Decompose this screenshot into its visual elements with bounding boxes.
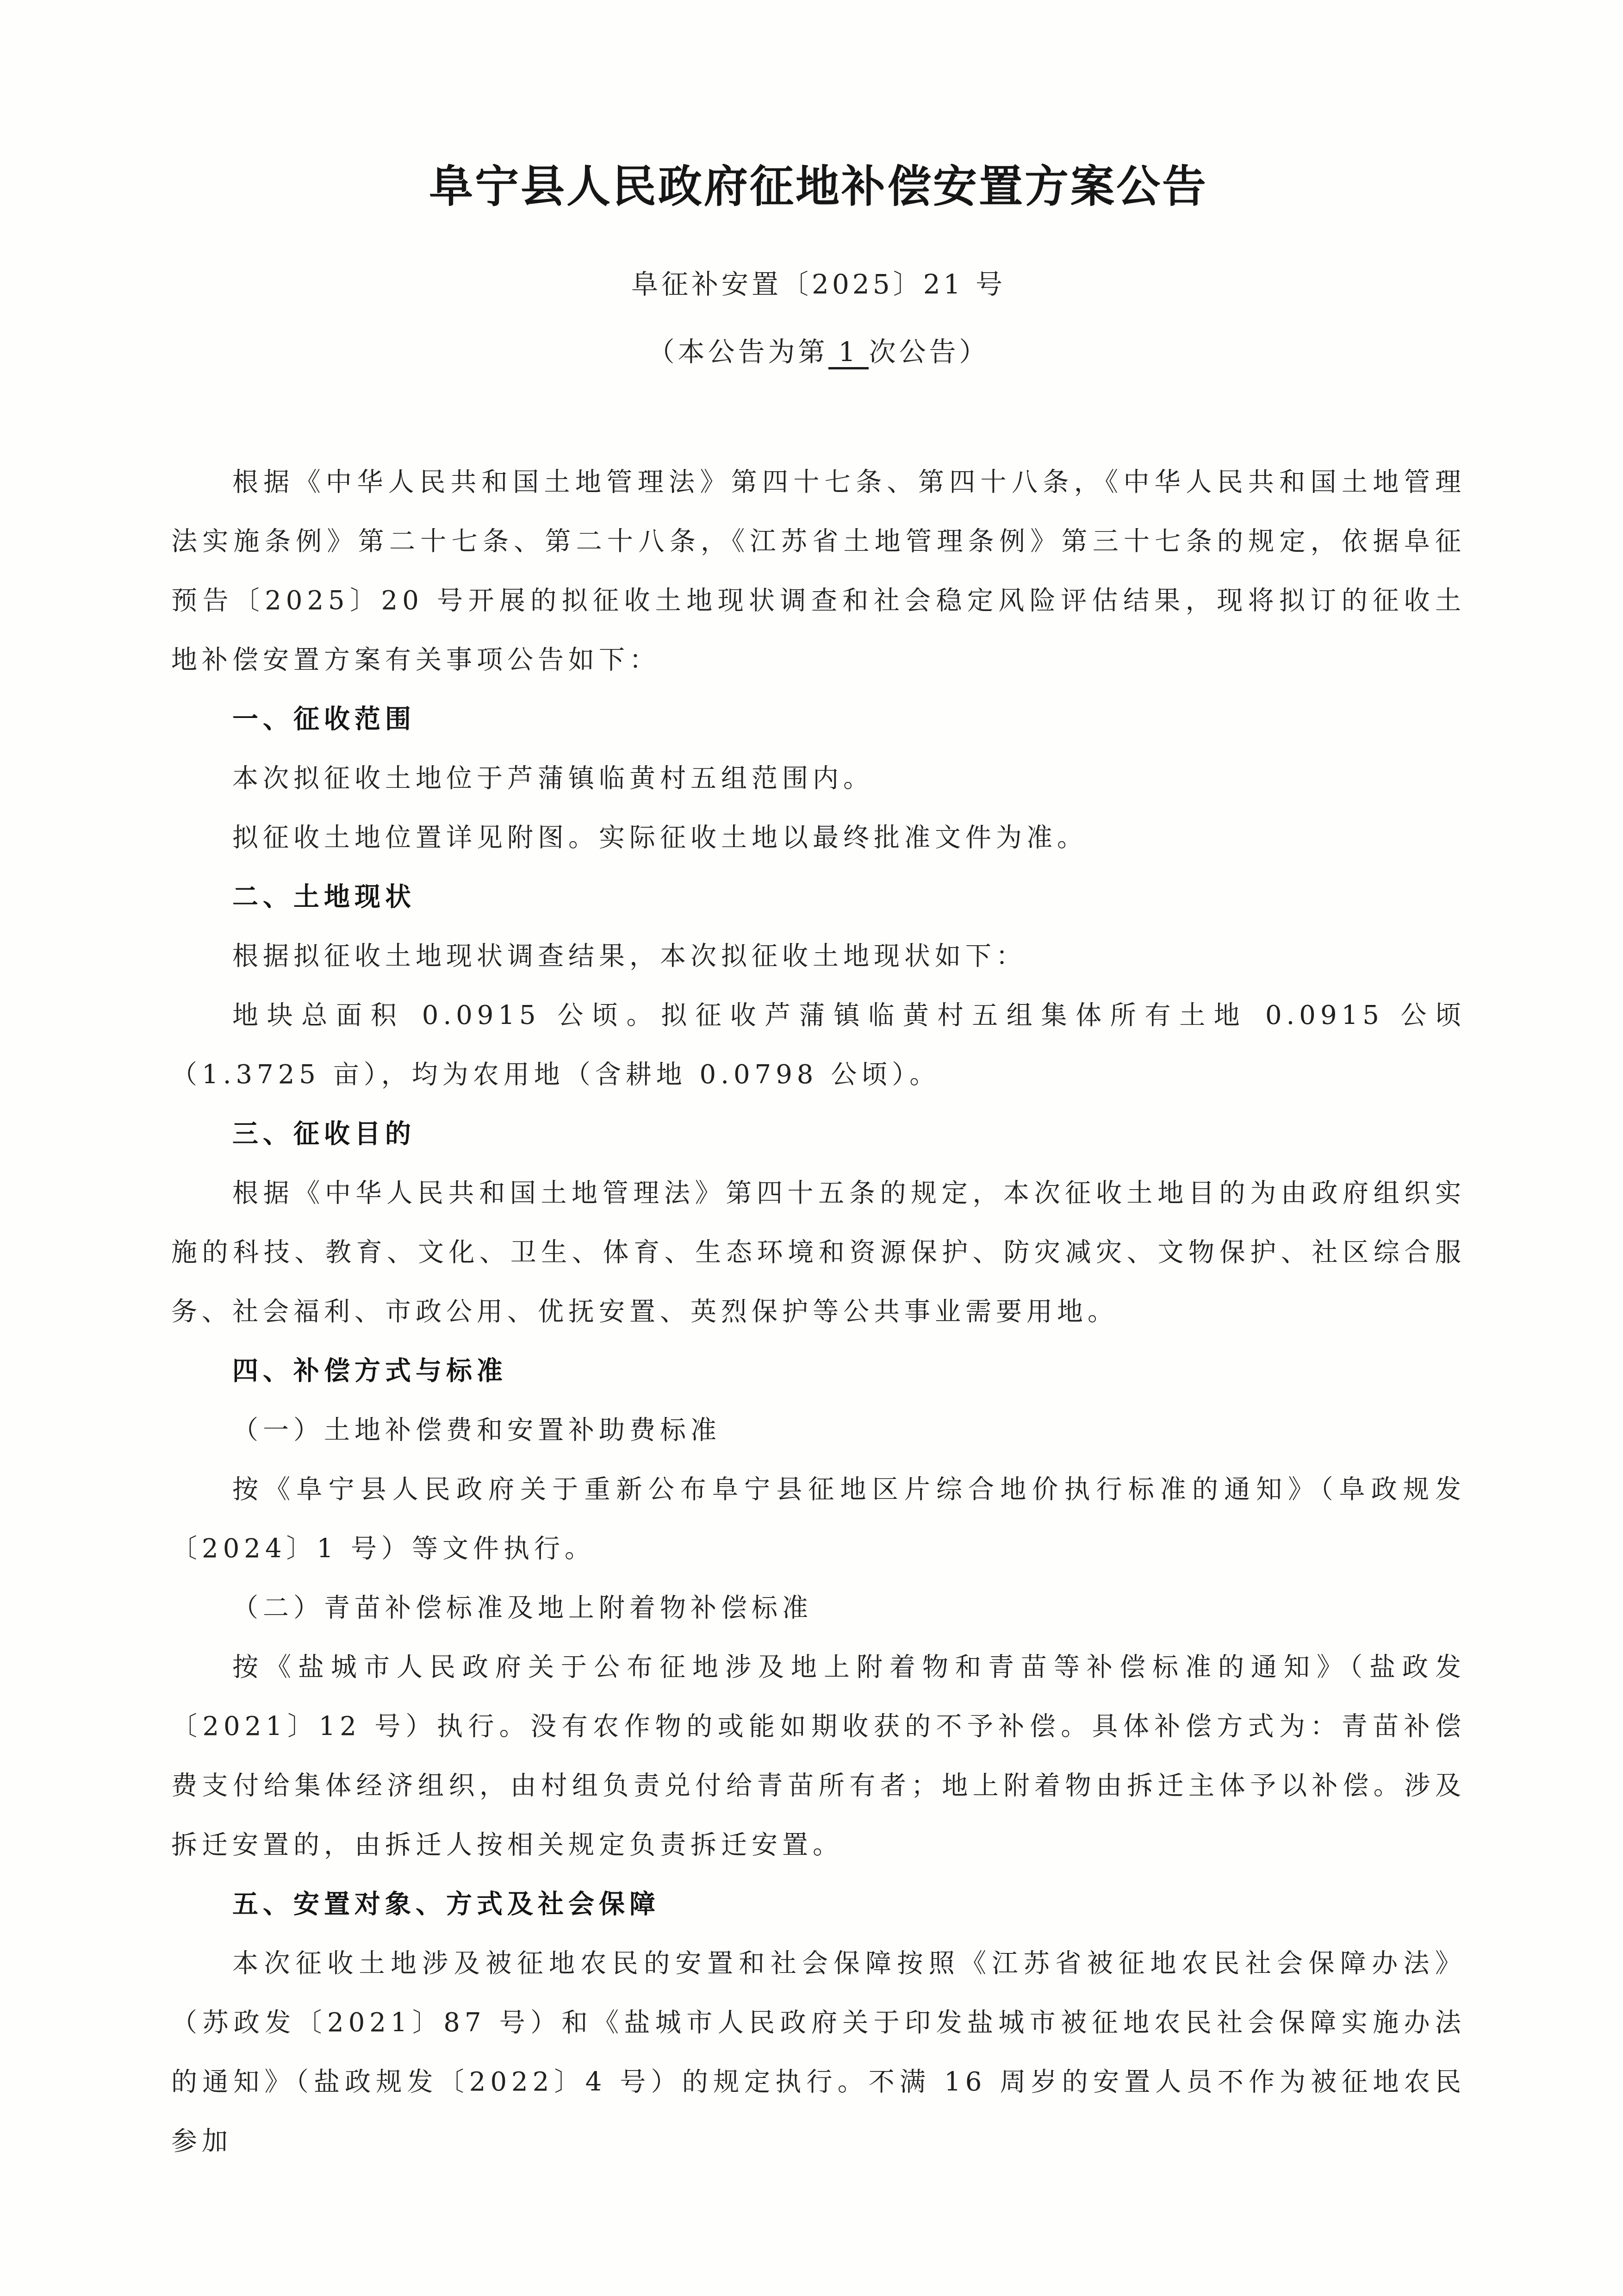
section-paragraph: 按《盐城市人民政府关于公布征地涉及地上附着物和青苗等补偿标准的通知》（盐政发〔2… xyxy=(171,1638,1466,1875)
section-heading-4: 四、补偿方式与标准 xyxy=(171,1341,1466,1401)
section-paragraph: 按《阜宁县人民政府关于重新公布阜宁县征地区片综合地价执行标准的通知》（阜政规发〔… xyxy=(171,1460,1466,1578)
section-paragraph: 拟征收土地位置详见附图。实际征收土地以最终批准文件为准。 xyxy=(171,808,1466,867)
document-title: 阜宁县人民政府征地补偿安置方案公告 xyxy=(171,162,1466,212)
announcement-count-line: （本公告为第1次公告） xyxy=(171,330,1466,369)
section-paragraph: 根据拟征收土地现状调查结果，本次拟征收土地现状如下： xyxy=(171,927,1466,986)
intro-paragraph: 根据《中华人民共和国土地管理法》第四十七条、第四十八条，《中华人民共和国土地管理… xyxy=(171,453,1466,690)
section-paragraph: （二）青苗补偿标准及地上附着物补偿标准 xyxy=(171,1578,1466,1638)
document-number: 阜征补安置〔2025〕21 号 xyxy=(171,262,1466,301)
section-paragraph: 本次拟征收土地位于芦蒲镇临黄村五组范围内。 xyxy=(171,749,1466,808)
section-paragraph: 本次征收土地涉及被征地农民的安置和社会保障按照《江苏省被征地农民社会保障办法》（… xyxy=(171,1934,1466,2171)
announcement-number: 1 xyxy=(828,337,869,369)
announcement-note-suffix: 次公告） xyxy=(869,336,989,368)
section-paragraph: 根据《中华人民共和国土地管理法》第四十五条的规定，本次征收土地目的为由政府组织实… xyxy=(171,1164,1466,1341)
document-page: 阜宁县人民政府征地补偿安置方案公告 阜征补安置〔2025〕21 号 （本公告为第… xyxy=(0,0,1623,2296)
section-heading-5: 五、安置对象、方式及社会保障 xyxy=(171,1875,1466,1934)
document-body: 根据《中华人民共和国土地管理法》第四十七条、第四十八条，《中华人民共和国土地管理… xyxy=(171,453,1466,2171)
sections-container: 一、征收范围本次拟征收土地位于芦蒲镇临黄村五组范围内。拟征收土地位置详见附图。实… xyxy=(171,690,1466,2171)
section-heading-1: 一、征收范围 xyxy=(171,690,1466,749)
announcement-note-prefix: （本公告为第 xyxy=(648,336,828,368)
section-paragraph: 地块总面积 0.0915 公顷。拟征收芦蒲镇临黄村五组集体所有土地 0.0915… xyxy=(171,986,1466,1104)
section-heading-2: 二、土地现状 xyxy=(171,867,1466,927)
section-paragraph: （一）土地补偿费和安置补助费标准 xyxy=(171,1401,1466,1460)
section-heading-3: 三、征收目的 xyxy=(171,1104,1466,1164)
